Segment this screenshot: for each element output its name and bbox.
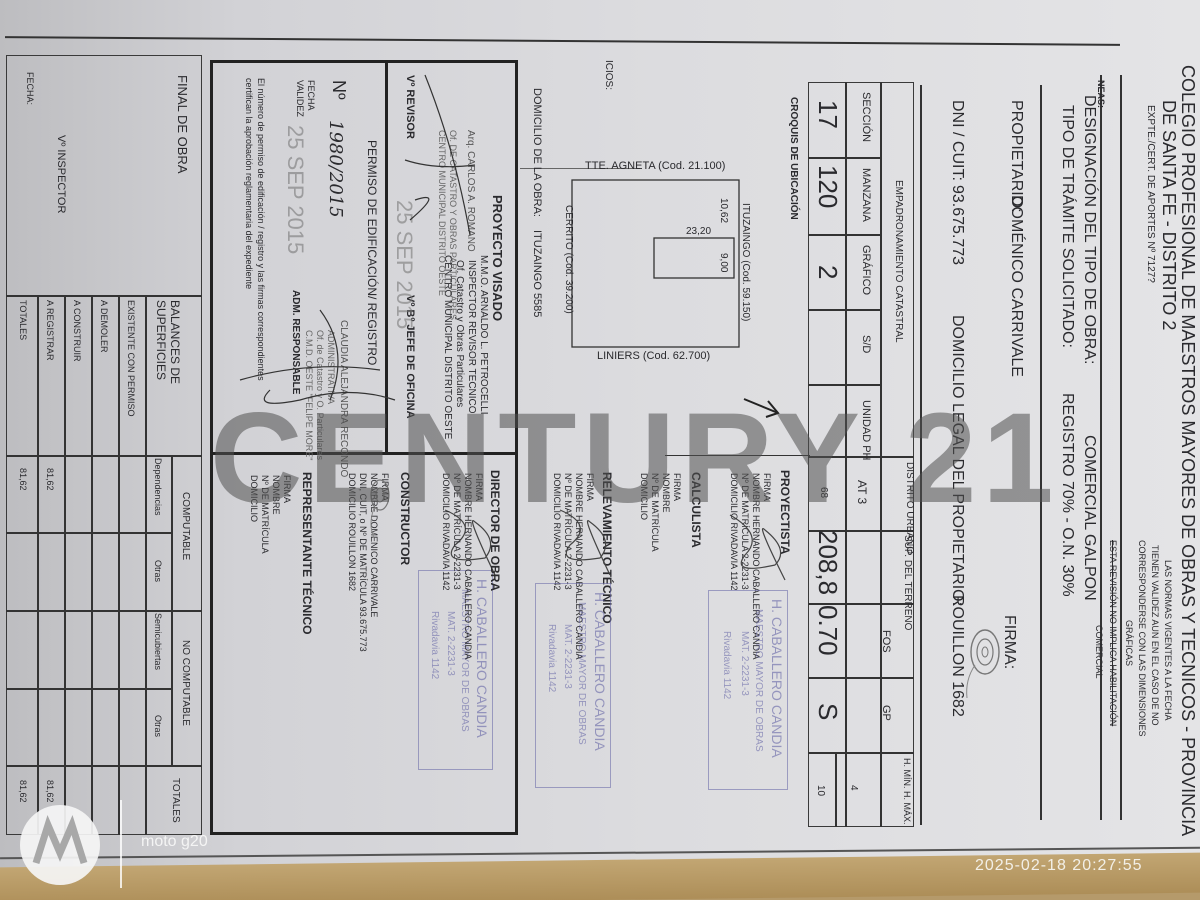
relevamiento-domicilio: DOMICILIO RIVADAVIA 1142	[552, 473, 562, 591]
arq-name: Arq. CARLOS A. ROMANO	[465, 130, 476, 252]
divider	[808, 384, 880, 386]
col-seccion: SECCIÓN	[860, 92, 872, 142]
balances-title-line2: SUPERFICIES	[154, 300, 168, 380]
arrow-icon	[740, 395, 785, 420]
director-domicilio: DOMICILIO RIVADAVIA 1142	[441, 473, 451, 591]
col-gp: GP	[880, 705, 892, 721]
designacion-label: DESIGNACIÓN DEL TIPO DE OBRA:	[1080, 95, 1098, 364]
cell-totales-totales: 81,62	[18, 780, 28, 803]
divider	[64, 295, 66, 835]
val-grafico: 2	[812, 265, 843, 279]
camera-divider	[120, 800, 122, 888]
col-otras-computable: Otras	[153, 560, 163, 582]
constructor-title: CONSTRUCTOR	[398, 472, 412, 565]
expte-cert: EXPTE./CERT. DE APORTES Nº 7127?	[1145, 105, 1156, 283]
revisor-label: Vº REVISOR	[404, 75, 416, 139]
divider	[808, 309, 880, 311]
permiso-no-label: Nº	[328, 80, 349, 100]
row-demoler: A DEMOLER	[99, 300, 109, 353]
permiso-note-line1: El número de permiso de edificación / re…	[256, 78, 266, 381]
final-obra-title: FINAL DE OBRA	[175, 75, 190, 173]
divider	[6, 688, 171, 690]
director-nombre: NOMBRE HERNANDO CABALLERO CANDIA	[463, 473, 473, 660]
croquis-title: CROQUIS DE UBICACIÓN	[788, 97, 799, 220]
val-h-max: 10	[815, 785, 826, 796]
calculista-domicilio: DOMICILIO	[639, 473, 649, 520]
notice-line: CORRESPONDERSE CON LAS DIMENSIONES	[1137, 540, 1147, 737]
stamp-line: MAT. 2-2231-3	[562, 624, 573, 689]
balances-title: BALANCES DE	[168, 300, 182, 384]
divider	[6, 295, 202, 297]
notice-line: GRÁFICAS	[1124, 620, 1134, 666]
divider	[385, 62, 388, 454]
col-fos: FOS	[880, 630, 892, 653]
header-title-line2: DE SANTA FE - DISTRITO 2	[1158, 100, 1179, 330]
catastro-title: EMPADRONAMIENTO CATASTRAL	[893, 180, 904, 343]
cell-registrar-totales: 81,62	[45, 780, 55, 803]
street-bottom: LINIERS (Cod. 62.700)	[597, 350, 710, 362]
cell-registrar-dependencias: 81,62	[45, 468, 55, 491]
inspector-role: INSPECTOR REVISOR TECNICO	[466, 260, 477, 414]
divider	[145, 295, 147, 835]
notice-line: ESTA REVISIÓN NO IMPLICA HABILITACIÓN	[1108, 540, 1118, 726]
propietario-value: DOMÉNICO CARRIVALE	[1007, 195, 1025, 377]
val-distrito: AT 3	[855, 480, 869, 504]
row-registrar: A REGISTRAR	[45, 300, 55, 361]
divider	[808, 677, 914, 679]
calculista-nombre: NOMBRE	[661, 473, 671, 513]
proyectista-matricula: Nº DE MATRÍCULA 2-2231-3	[740, 473, 750, 590]
domicilio-obra-value: ITUZAINGO 5585	[531, 230, 543, 317]
visado-title: PROYECTO VISADO	[490, 195, 505, 321]
proyectista-domicilio: DOMICILIO RIVADAVIA 1142	[729, 473, 739, 591]
permiso-validez-label: VALIDEZ	[295, 80, 305, 117]
notice-line: LAS NORMAS VIGENTES A LA FECHA	[1163, 560, 1173, 721]
divider	[212, 452, 516, 455]
domicilio-obra-label: DOMICILIO DE LA OBRA:	[531, 88, 543, 217]
constructor-domicilio: DOMICILIO ROUILLON 1682	[347, 473, 357, 591]
cell-totales-dependencias: 81,62	[18, 468, 28, 491]
divider	[665, 455, 810, 456]
dim-1: 10,62	[718, 198, 729, 223]
adm-role: ADMINISTRATIVA	[326, 330, 336, 404]
stamp-line: Rivadavia 1142	[546, 624, 557, 692]
relevamiento-firma: FIRMA	[585, 473, 595, 501]
representante-nombre: NOMBRE	[271, 475, 281, 515]
col-totales: TOTALES	[170, 778, 181, 823]
col-sd: S/D	[860, 335, 872, 353]
col-semicubiertas: Semicubiertas	[153, 613, 163, 670]
inspector-name: M.M.O. ARNALDO L. PETROCELLI	[478, 255, 489, 414]
col-dependencias: Dependencias	[153, 458, 163, 516]
divider	[1100, 75, 1102, 820]
tramite-value: REGISTRO 70% - O.N. 30%	[1058, 393, 1076, 597]
divider	[808, 234, 880, 236]
col-manzana: MANZANA	[860, 168, 872, 222]
constructor-matricula: DNI, CUIT, o Nº DE MATRÍCULA 93.675.773	[358, 473, 368, 652]
stamp-line: H. CABALLERO CANDIA	[769, 599, 785, 758]
dni-label: DNI / CUIT:	[948, 100, 966, 181]
divider	[6, 455, 202, 457]
side-label: ICIOS:	[603, 60, 614, 90]
stamp-line: H. CABALLERO CANDIA	[592, 592, 608, 751]
director-matricula: Nº DE MATRÍCULA 2-2231-3	[452, 473, 462, 590]
row-existente: EXISTENTE CON PERMISO	[126, 300, 136, 417]
divider	[1120, 75, 1122, 820]
permiso-fecha-label: FECHA	[306, 80, 316, 111]
stamp-line: Rivadavia 1142	[721, 631, 732, 699]
adm-dept: Of. de Catastro y O. Particulares	[315, 330, 325, 460]
divider	[118, 295, 120, 835]
professional-stamp: H. CABALLERO CANDIA MAESTRO MAYOR DE OBR…	[708, 590, 788, 790]
representante-domicilio: DOMICILIO	[249, 475, 259, 522]
representante-firma: FIRMA	[282, 475, 292, 503]
divider	[808, 157, 880, 159]
group-computable: COMPUTABLE	[180, 492, 191, 560]
permiso-date-stamp: 25 SEP 2015	[282, 125, 308, 254]
street-top: TTE. AGNETA (Cod. 21.100)	[585, 160, 725, 172]
representante-matricula: Nº DE MATRÍCULA	[260, 475, 270, 554]
proyectista-title: PROYECTISTA	[778, 470, 792, 554]
divider	[920, 85, 922, 825]
divider	[1040, 85, 1042, 820]
val-sup-terreno: 208,8	[812, 530, 843, 595]
val-gp: S	[812, 703, 843, 720]
director-firma: FIRMA	[474, 473, 484, 501]
calculista-title: CALCULISTA	[689, 472, 703, 548]
notice-line: COMERCIAL	[1094, 625, 1104, 679]
header-title-line1: COLEGIO PROFESIONAL DE MAESTROS MAYORES …	[1177, 65, 1198, 836]
divider	[171, 455, 173, 765]
professional-stamp: H. CABALLERO CANDIA MAESTRO MAYOR DE OBR…	[535, 583, 611, 788]
balances-title-line1: BALANCES DE	[168, 300, 182, 384]
stamp-line: MAESTRO MAYOR DE OBRAS	[576, 602, 587, 745]
notice-line: TIENEN VALIDEZ AUN EN EL CASO DE NO	[1150, 545, 1160, 726]
row-construir: A CONSTRUIR	[72, 300, 82, 362]
street-right: ITUZAINGO (Cod. 59.150)	[740, 203, 751, 321]
divider	[835, 752, 837, 827]
divider	[6, 765, 202, 767]
camera-brand: moto g20	[141, 833, 208, 851]
adm-label: ADM. RESPONSABLE	[290, 290, 301, 394]
street-left: CERRITO (Cod. 39.200)	[563, 205, 574, 314]
row-totales: TOTALES	[18, 300, 28, 340]
constructor-nombre: NOMBRE DOMENICO CARRIVALE	[369, 473, 379, 617]
val-manzana: 120	[812, 165, 843, 208]
divider	[6, 532, 171, 534]
calculista-firma: FIRMA	[672, 473, 682, 501]
divider	[808, 752, 914, 754]
val-seccion: 17	[812, 100, 843, 129]
col-grafico: GRÁFICO	[860, 245, 872, 295]
final-obra-fecha: FECHA:	[25, 72, 35, 105]
adm-name: CLAUDIA ALEJANDRA RECONDO	[338, 320, 349, 477]
camera-timestamp: 2025-02-18 20:27:55	[975, 857, 1143, 875]
arq-center: CENTRO MUNICIPAL DISTRITO OESTE	[437, 130, 447, 296]
permiso-no-value: 1980/2015	[325, 120, 346, 218]
val-fos: 0.70	[812, 605, 843, 656]
divider	[91, 295, 93, 835]
stamp-line: MAT. 2-2231-3	[739, 631, 750, 696]
representante-title: REPRESENTANTE TÉCNICO	[300, 472, 314, 634]
relevamiento-matricula: Nº DE MATRÍCULA 2-2231-3	[563, 473, 573, 590]
permiso-title: PERMISO DE EDIFICACIÓN/ REGISTRO	[365, 140, 379, 365]
divider	[845, 82, 847, 827]
director-title: DIRECTOR DE OBRA	[488, 470, 502, 591]
motorola-logo-icon	[20, 805, 100, 885]
divider	[37, 295, 39, 835]
designacion-value: COMERCIAL GALPON	[1080, 435, 1098, 601]
group-no-computable: NO COMPUTABLE	[180, 640, 191, 726]
final-obra-inspector: Vº INSPECTOR	[55, 135, 67, 213]
divider	[6, 610, 202, 612]
domicilio-legal-label: DOMICILIO LEGAL DEL PROPIETARIO:	[948, 315, 966, 606]
tramite-label: TIPO DE TRÁMITE SOLICITADO:	[1058, 105, 1076, 348]
val-h-min: 4	[848, 785, 859, 791]
domicilio-legal-value: ROUILLON 1682	[948, 595, 966, 717]
final-obra-frame	[6, 55, 202, 835]
adm-center: C.M.D. OESTE "FELIPE MORE"	[304, 330, 314, 460]
permiso-note-line2: certifican la aprobación reglamentaria d…	[244, 78, 254, 289]
visado-date-stamp: 25 SEP 2015	[391, 200, 417, 329]
col-unidad-ph: UNIDAD PH	[860, 400, 872, 461]
arq-dept: Of. DE CATASTRO Y OBRAS PARTICULARES	[448, 130, 458, 320]
col-otras-no-computable: Otras	[153, 715, 163, 737]
stamp-line: MAESTRO MAYOR DE OBRAS	[753, 609, 764, 752]
constructor-firma: FIRMA	[380, 473, 390, 501]
proyectista-firma: FIRMA	[762, 473, 772, 501]
val-distrito-sub: 68	[818, 487, 829, 498]
dni-value: 93.675.773	[948, 185, 966, 265]
col-h-min-max: H. MÍN. H. MÁX.	[888, 758, 912, 825]
dim-3: 9,00	[718, 253, 729, 272]
dim-2: 23,20	[686, 226, 711, 237]
calculista-matricula: Nº DE MATRÍCULA	[650, 473, 660, 552]
col-sup-terreno: SUP. DEL TERRENO	[888, 535, 912, 630]
firma-label: FIRMA:	[1000, 615, 1018, 669]
